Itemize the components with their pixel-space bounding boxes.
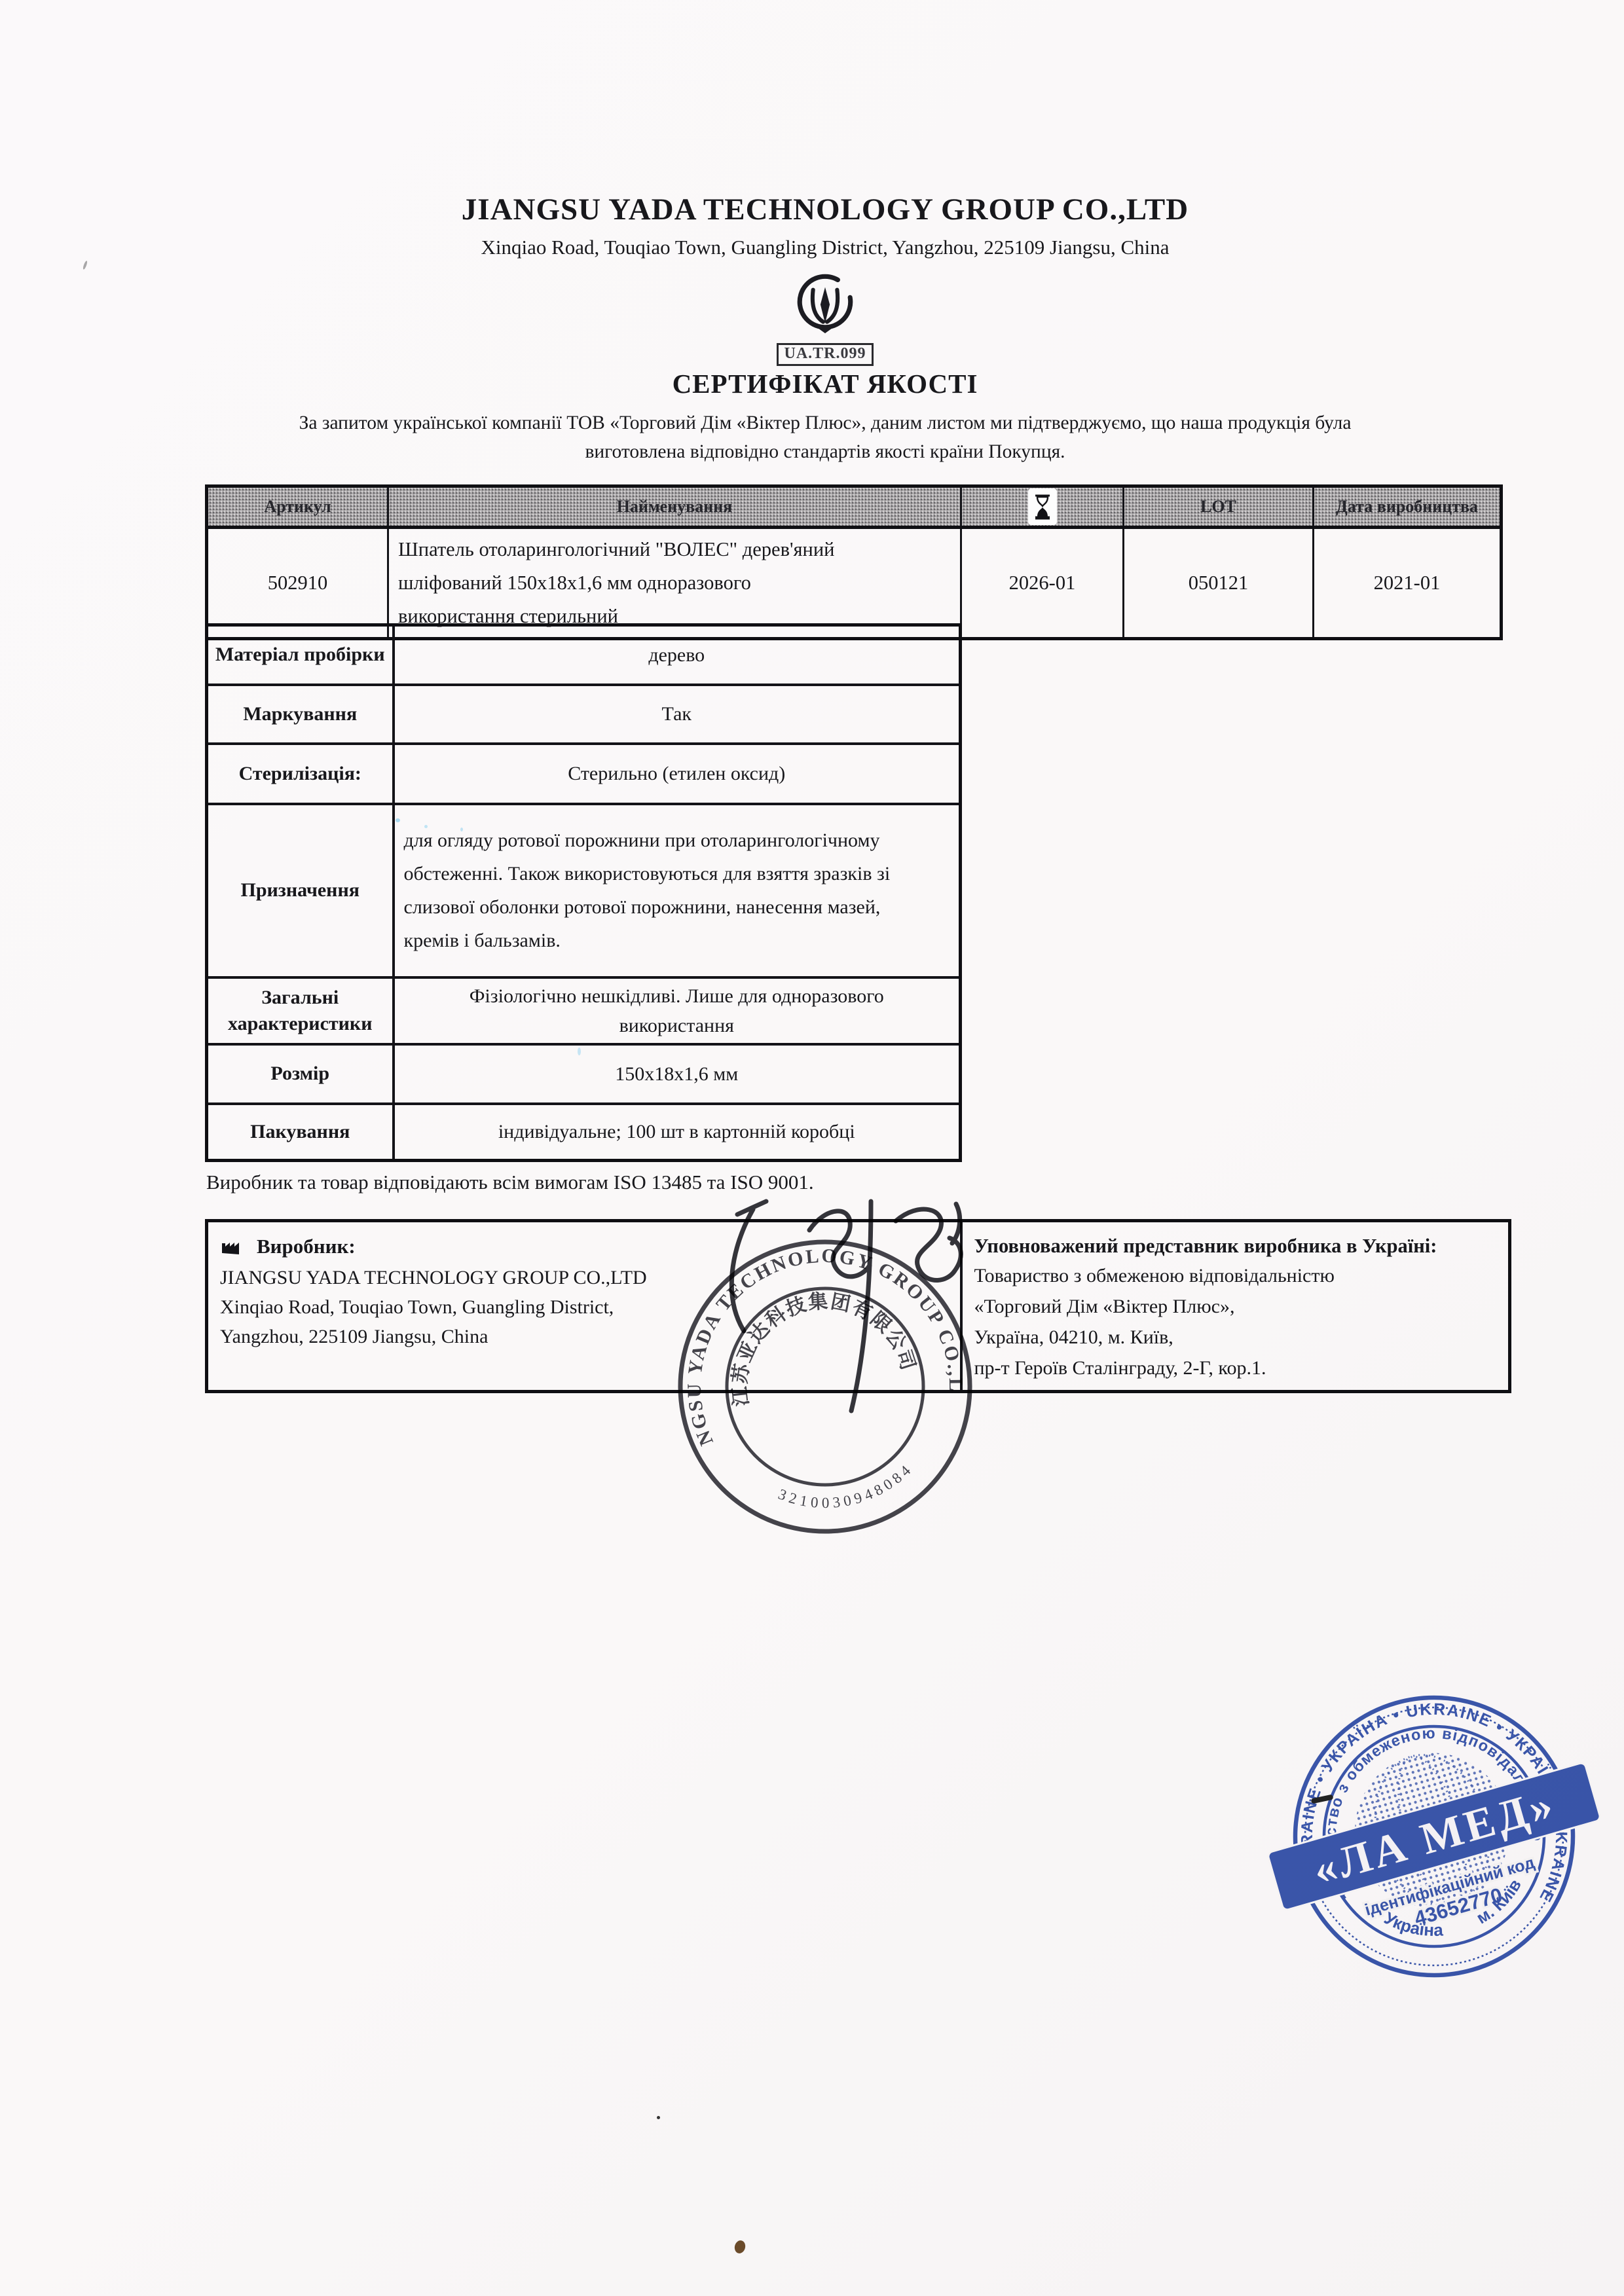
hourglass-icon: [1028, 488, 1057, 525]
cell-lot: 050121: [1124, 528, 1314, 639]
spec-label: Призначення: [207, 804, 394, 977]
product-row: 502910 Шпатель отоларингологічний "ВОЛЕС…: [207, 528, 1502, 639]
signature-ink: [674, 1175, 1015, 1430]
representative-line-4: пр-т Героїв Сталінграду, 2-Г, кор.1.: [974, 1353, 1497, 1383]
intro-line-1: За запитом української компанії ТОВ «Тор…: [39, 409, 1611, 437]
spec-row-material: Матеріал пробірки дерево: [207, 625, 961, 685]
spec-row-marking: Маркування Так: [207, 685, 961, 744]
spec-value: Фізіологічно нешкідливі. Лише для однора…: [394, 977, 961, 1044]
scan-speck: [396, 818, 400, 822]
scan-speck: [657, 2116, 660, 2119]
header-date: Дата виробництва: [1314, 486, 1502, 528]
intro-paragraph: За запитом української компанії ТОВ «Тор…: [39, 409, 1611, 466]
spec-row-sterilization: Стерилізація: Стерильно (етилен оксид): [207, 744, 961, 804]
spec-row-packaging: Пакування індивідуальне; 100 шт в картон…: [207, 1104, 961, 1161]
representative-line-2: «Торговий Дім «Віктер Плюс»,: [974, 1291, 1497, 1322]
cell-made: 2021-01: [1314, 528, 1502, 639]
intro-line-2: виготовлена відповідно стандартів якості…: [39, 437, 1611, 466]
spec-value: дерево: [394, 625, 961, 685]
representative-label: Уповноважений представник виробника в Ук…: [974, 1231, 1497, 1260]
conformity-code-badge: UA.TR.099: [39, 343, 1611, 366]
product-table-header-row: Артикул Найменування LOT Дата виробництв…: [207, 486, 1502, 528]
conformity-logo-wrap: [39, 267, 1611, 337]
spec-value: Стерильно (етилен оксид): [394, 744, 961, 804]
factory-icon: [220, 1233, 246, 1263]
spec-label: Матеріал пробірки: [207, 625, 394, 685]
scan-speck: [460, 828, 463, 831]
company-address: Xinqiao Road, Touqiao Town, Guangling Di…: [39, 236, 1611, 259]
representative-line-3: Україна, 04210, м. Київ,: [974, 1322, 1497, 1353]
cell-expiry: 2026-01: [961, 528, 1124, 639]
trident-conformity-icon: [795, 267, 855, 334]
spec-table: Матеріал пробірки дерево Маркування Так …: [205, 623, 962, 1162]
header-article: Артикул: [207, 486, 388, 528]
document-title: СЕРТИФІКАТ ЯКОСТІ: [39, 368, 1611, 399]
spec-label: Стерилізація:: [207, 744, 394, 804]
spec-value: Так: [394, 685, 961, 744]
spec-label: Пакування: [207, 1104, 394, 1161]
spec-label: Маркування: [207, 685, 394, 744]
spec-value: 150х18х1,6 мм: [394, 1044, 961, 1104]
header-lot: LOT: [1124, 486, 1314, 528]
spec-row-size: Розмір 150х18х1,6 мм: [207, 1044, 961, 1104]
product-table: Артикул Найменування LOT Дата виробництв…: [205, 484, 1503, 640]
cell-article: 502910: [207, 528, 388, 639]
header-expiry: [961, 486, 1124, 528]
page-title-company: JIANGSU YADA TECHNOLOGY GROUP CO.,LTD: [39, 192, 1611, 227]
manufacturer-label: Виробник:: [257, 1235, 356, 1258]
scan-speck: [424, 825, 428, 828]
header-name: Найменування: [388, 486, 961, 528]
spec-row-purpose: Призначення для огляду ротової порожнини…: [207, 804, 961, 977]
scan-speck: [578, 1048, 581, 1055]
representative-line-1: Товариство з обмеженою відповідальністю: [974, 1260, 1497, 1291]
spec-row-general: Загальні характеристики Фізіологічно неш…: [207, 977, 961, 1044]
spec-label: Розмір: [207, 1044, 394, 1104]
scan-speck: [733, 2239, 747, 2254]
certificate-page: JIANGSU YADA TECHNOLOGY GROUP CO.,LTD Xi…: [0, 0, 1624, 2296]
spec-value: індивідуальне; 100 шт в картонній коробц…: [394, 1104, 961, 1161]
conformity-code-text: UA.TR.099: [777, 343, 873, 366]
spec-value: для огляду ротової порожнини при отолари…: [394, 804, 961, 977]
spec-label: Загальні характеристики: [207, 977, 394, 1044]
cell-product-name: Шпатель отоларингологічний "ВОЛЕС" дерев…: [388, 528, 961, 639]
representative-cell: Уповноважений представник виробника в Ук…: [961, 1221, 1510, 1392]
representative-blue-stamp: УКРАЇНА • UKRAINE • УКРАЇНА • UKRAINE • …: [1264, 1666, 1604, 2007]
